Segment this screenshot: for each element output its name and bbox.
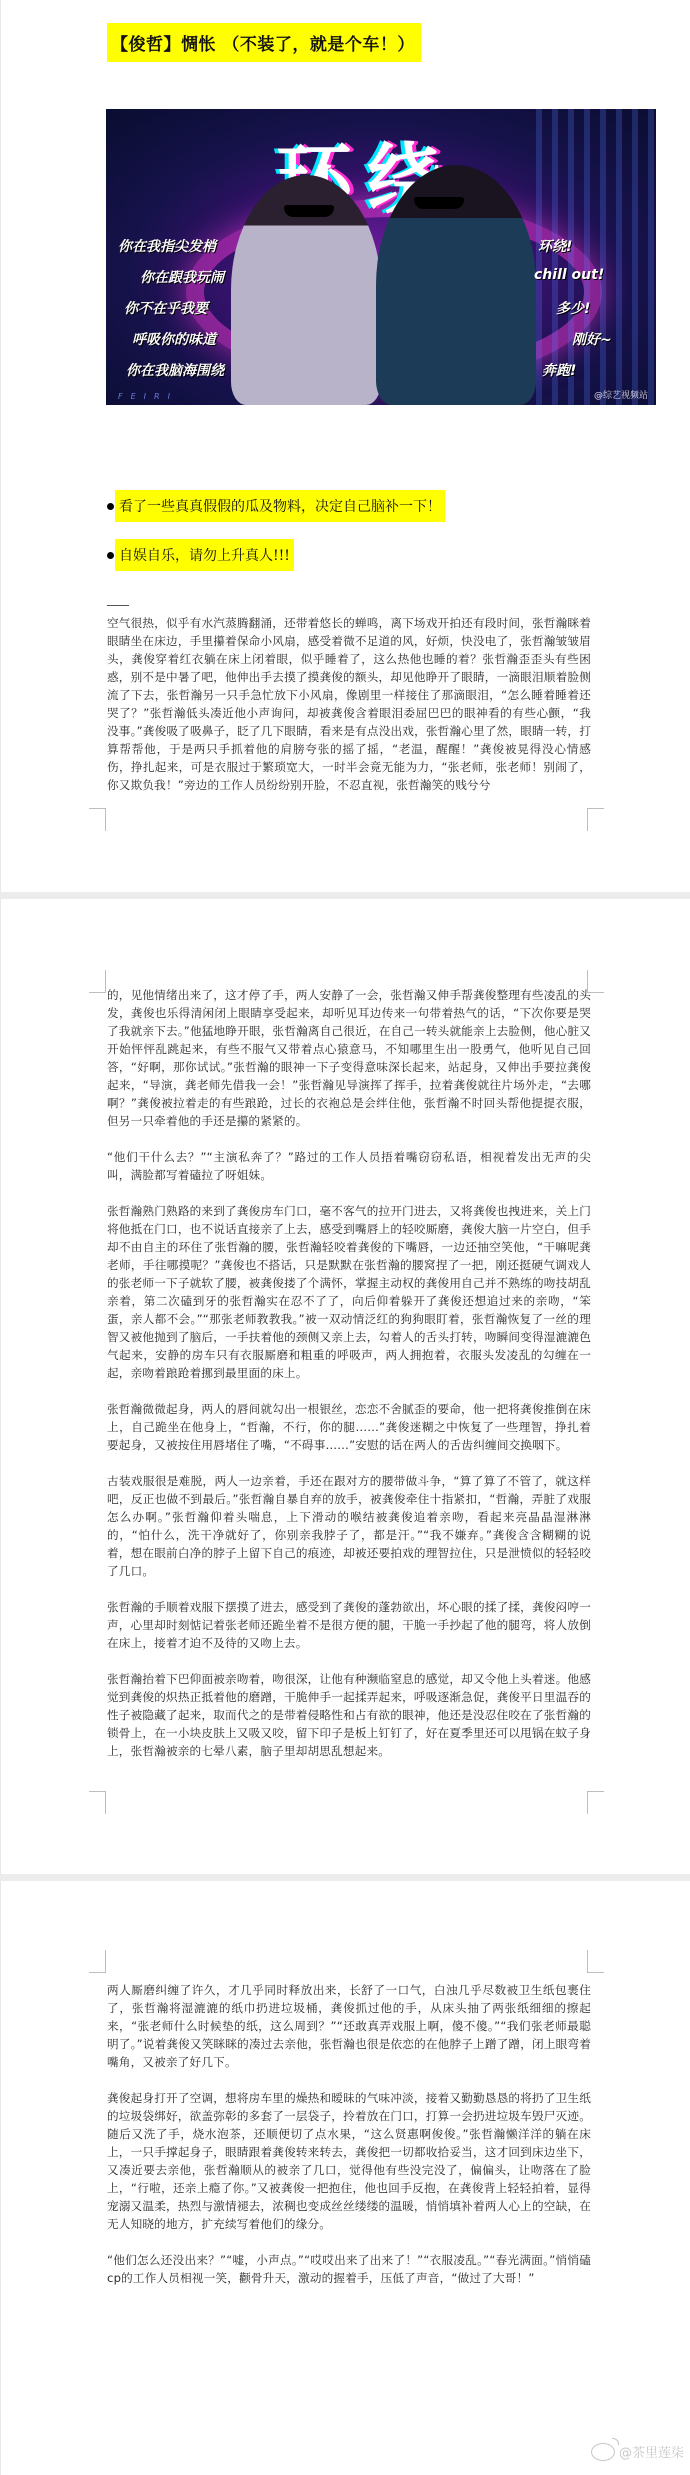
paragraph: 张哲瀚熟门熟路的来到了龚俊房车门口，毫不客气的拉开门进去，又将龚俊也拽进来，关上… (107, 1202, 591, 1382)
paragraph: “他们干什么去？”“主演私奔了？”路过的工作人员捂着嘴窃窃私语，相视着发出无声的… (107, 1148, 591, 1184)
bullet-text: 看了一些真真假假的瓜及物料，决定自己脑补一下！ (115, 490, 445, 522)
separator-rule (107, 605, 129, 606)
lyric-right: 刚好~ (572, 329, 612, 349)
lyric-right: chill out! (534, 267, 604, 283)
paragraph: 空气很热，似乎有水汽蒸腾翻涌，还带着悠长的蝉鸣，离下场戏开拍还有段时间，张哲瀚眯… (107, 614, 591, 794)
paragraph: 龚俊起身打开了空调，想将房车里的燥热和暧昧的气味冲淡，接着又勤勤恳恳的将扔了卫生… (107, 2089, 591, 2233)
lyric-right: 多少! (556, 298, 590, 318)
weibo-watermark: @茶里莲柒 (591, 2442, 684, 2461)
page-gutter (0, 892, 690, 899)
document-page-1: 【俊哲】惆怅 （不装了，就是个车！） 环绕 你在我指尖发梢 你在跟我玩闹 你不在… (0, 0, 690, 892)
banner-corner-text: FEIRI (118, 392, 178, 401)
paragraph: 张哲瀚抬着下巴仰面被亲吻着，吻很深，让他有种濒临窒息的感觉，却又令他上头着迷。他… (107, 1670, 591, 1760)
lyric-left: 呼吸你的味道 (132, 329, 216, 349)
lyric-left: 你在我指尖发梢 (118, 236, 216, 256)
paragraph: 两人厮磨纠缠了许久，才几乎同时释放出来，长舒了一口气，白浊几乎尽数被卫生纸包裹住… (107, 1981, 591, 2071)
page-2-body: 的，见他情绪出来了，这才停了手，两人安静了一会，张哲瀚又伸手帮龚俊整理有些凌乱的… (107, 986, 591, 1760)
lyric-left: 你在我脑海围绕 (126, 360, 224, 380)
crop-mark-top-right (587, 1950, 604, 1973)
paragraph: 张哲瀚的手顺着戏服下摆摸了进去，感受到了龚俊的蓬勃欲出，坏心眼的揉了揉，龚俊闷哼… (107, 1598, 591, 1652)
page-gutter (0, 1874, 690, 1881)
bullet-text: 自娱自乐，请勿上升真人!!! (115, 539, 294, 571)
crop-mark-bottom-right (587, 808, 604, 831)
crop-mark-bottom-left (89, 808, 106, 831)
lyric-right: 奔跑! (542, 360, 576, 380)
page-1-body: 空气很热，似乎有水汽蒸腾翻涌，还带着悠长的蝉鸣，离下场戏开拍还有段时间，张哲瀚眯… (107, 605, 591, 794)
sunglasses-icon (414, 197, 464, 209)
document-title: 【俊哲】惆怅 （不装了，就是个车！） (107, 23, 421, 62)
bullet-item: 看了一些真真假假的瓜及物料，决定自己脑补一下！ (107, 490, 591, 522)
watermark-text: @茶里莲柒 (619, 2442, 684, 2461)
paragraph: 古装戏服很是难脱，两人一边亲着，手还在跟对方的腰带做斗争，“算了算了不管了，就这… (107, 1472, 591, 1580)
paragraph: “他们怎么还没出来？”“嘘，小声点。”“哎哎出来了出来了！”“衣服凌乱。”“春光… (107, 2251, 591, 2287)
crop-mark-top-left (89, 970, 106, 993)
document-page-2: 的，见他情绪出来了，这才停了手，两人安静了一会，张哲瀚又伸手帮龚俊整理有些凌乱的… (0, 899, 690, 1874)
bullet-list: 看了一些真真假假的瓜及物料，决定自己脑补一下！ 自娱自乐，请勿上升真人!!! (107, 490, 591, 571)
crop-mark-top-left (89, 1950, 106, 1973)
crop-mark-bottom-right (587, 1791, 604, 1814)
lyric-right: 环绕! (538, 236, 572, 256)
title-block: 【俊哲】惆怅 （不装了，就是个车！） (107, 23, 591, 62)
sunglasses-icon (284, 205, 334, 217)
bullet-icon (107, 503, 114, 510)
bullet-item: 自娱自乐，请勿上升真人!!! (107, 539, 591, 571)
bullet-icon (107, 552, 114, 559)
document-page-3: 两人厮磨纠缠了许久，才几乎同时释放出来，长舒了一口气，白浊几乎尽数被卫生纸包裹住… (0, 1881, 690, 2475)
banner-watermark: @综艺视频站 (594, 388, 648, 401)
crop-mark-bottom-left (89, 1791, 106, 1814)
lyric-left: 你在跟我玩闹 (140, 267, 224, 287)
lyric-left: 你不在乎我要 (124, 298, 208, 318)
banner-image: 环绕 你在我指尖发梢 你在跟我玩闹 你不在乎我要 呼吸你的味道 你在我脑海围绕 … (106, 109, 656, 405)
weibo-icon (591, 2443, 615, 2461)
paragraph: 的，见他情绪出来了，这才停了手，两人安静了一会，张哲瀚又伸手帮龚俊整理有些凌乱的… (107, 986, 591, 1130)
paragraph: 张哲瀚微微起身，两人的唇间就勾出一根银丝，恋恋不舍腻歪的要命，他一把将龚俊推倒在… (107, 1400, 591, 1454)
page-3-body: 两人厮磨纠缠了许久，才几乎同时释放出来，长舒了一口气，白浊几乎尽数被卫生纸包裹住… (107, 1981, 591, 2287)
